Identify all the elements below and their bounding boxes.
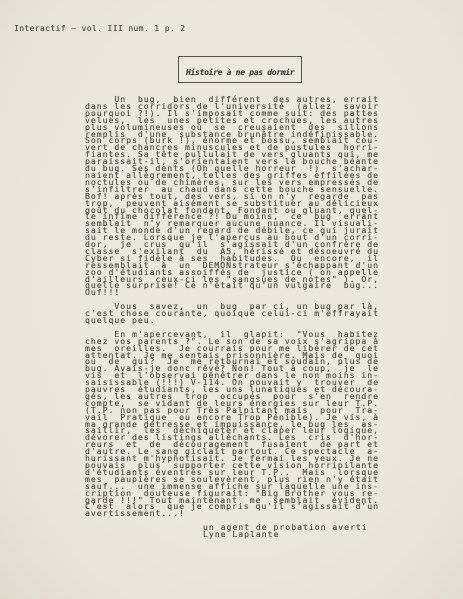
story-paragraph-1: Un bug, bien différent des autres, errai… bbox=[85, 96, 395, 296]
story-paragraph-3: En m'apercevant, il glapit: "Vous habite… bbox=[85, 331, 395, 517]
author-signature: un agent de probation averti Lyne Laplan… bbox=[203, 524, 395, 538]
story-body: Un bug, bien différent des autres, errai… bbox=[85, 96, 395, 545]
story-title: Histoire à ne pas dormir bbox=[186, 68, 294, 77]
story-title-box: Histoire à ne pas dormir bbox=[178, 56, 302, 83]
journal-header: Interactif – vol. III num. 1 p. 2 bbox=[14, 24, 185, 33]
story-paragraph-2: Vous savez, un bug par ci, un bug par là… bbox=[85, 303, 395, 324]
